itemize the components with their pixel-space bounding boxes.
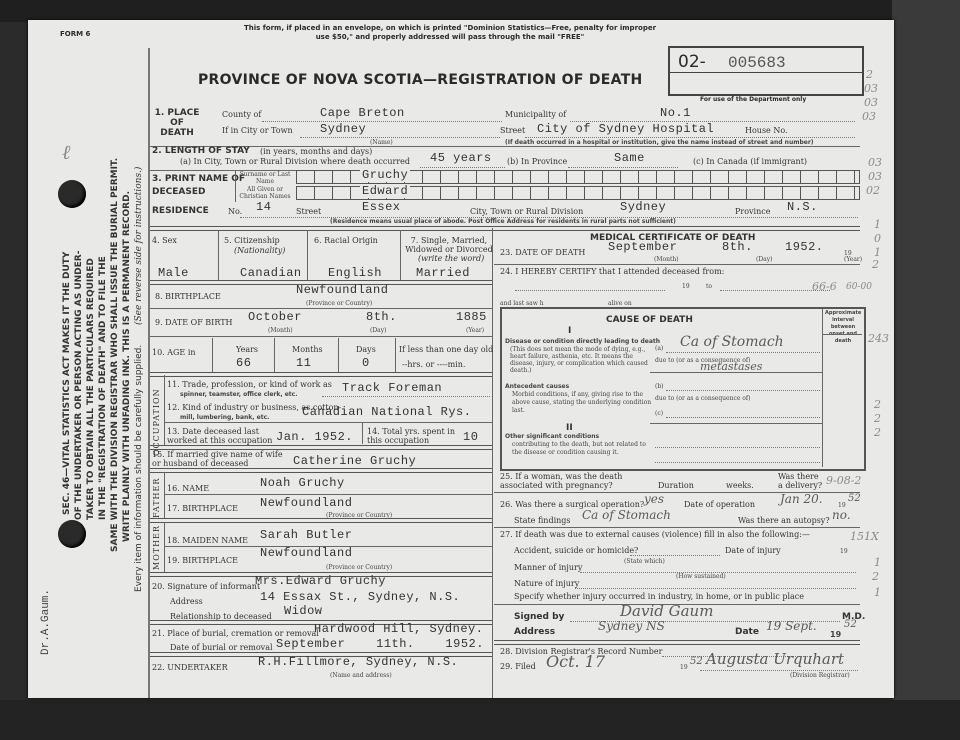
department-note: For use of the Department only (700, 96, 806, 103)
sidebar-notice-line-4: IN THE "REGISTRATION OF DEATH" AND TO FI… (98, 256, 108, 520)
divider (150, 336, 492, 337)
stay-canada-label: (c) In Canada (if immigrant) (693, 157, 807, 166)
undertaker-caption: (Name and address) (330, 672, 392, 679)
part-one-label: I (568, 326, 571, 336)
residence-city-label: City, Town or Rural Division (470, 207, 583, 216)
father-birthplace-label: 17. BIRTHPLACE (167, 504, 238, 513)
date-of-death-year: 1952. (785, 240, 824, 254)
punch-hole-bottom (58, 520, 86, 548)
date-of-death-label: 23. DATE OF DEATH (500, 248, 585, 257)
pencil-code: 1 (874, 218, 881, 231)
findings-value: Ca of Stomach (582, 508, 671, 522)
last-saw-label: and last saw h (500, 300, 544, 307)
pencil-code: 02 (866, 184, 880, 197)
citizenship-value: Canadian (240, 266, 302, 280)
pencil-code-delivery: 9-08-2 (826, 474, 861, 487)
other-conditions-label: Other significant conditions (505, 433, 599, 440)
antecedent-note: Morbid conditions, if any, giving rise t… (512, 391, 652, 415)
place-of-death-label: 1. PLACE OF DEATH (152, 108, 202, 138)
signed-by-label: Signed by (514, 612, 564, 622)
pregnancy-label: 25. If a woman, was the death associated… (500, 472, 660, 490)
filed-year: 52 (690, 656, 703, 667)
municipality-value: No.1 (660, 106, 691, 120)
divider (150, 308, 492, 309)
undertaker-value: R.H.Fillmore, Sydney, N.S. (258, 655, 458, 669)
residence-city: Sydney (620, 200, 666, 214)
pencil-code: 151X (850, 530, 879, 543)
sign-date-value: 19 Sept. (766, 619, 817, 633)
cause-b-label: (b) (655, 383, 664, 390)
mother-name: Sarah Butler (260, 528, 352, 542)
year-caption: (Year) (466, 327, 484, 334)
mother-birthplace-label: 19. BIRTHPLACE (167, 556, 238, 565)
pencil-code: 03 (868, 156, 882, 169)
sign-year-value: 52 (844, 619, 857, 630)
header-postal-note: This form, if placed in an envelope, on … (240, 24, 660, 42)
residence-street-label: Street (296, 207, 321, 216)
filed-date: Oct. 17 (546, 652, 605, 671)
sidebar-notice-line-2: OF THE UNDERTAKER OR PERSON ACTING AS UN… (74, 251, 84, 520)
age-years: 66 (236, 356, 251, 370)
informant-address-label: Address (170, 597, 203, 606)
pencil-code-extra: 60-00 (846, 282, 872, 292)
operation-date-value: Jan 20. (780, 492, 823, 506)
age-hours-minutes: --hrs. or ----min. (402, 360, 465, 369)
pencil-code: 243 (868, 332, 889, 345)
trade-label: 11. Trade, profession, or kind of work a… (167, 380, 332, 389)
mother-birthplace: Newfoundland (260, 546, 352, 560)
alive-on-label: alive on (608, 300, 632, 307)
length-of-stay-note: (in years, months and days) (260, 147, 372, 156)
residence-note: (Residence means usual place of abode. P… (330, 218, 676, 225)
last-worked-label: 13. Date deceased last worked at this oc… (167, 427, 277, 445)
divider (150, 226, 860, 231)
pencil-code: 03 (864, 82, 878, 95)
surgery-value: yes (644, 492, 664, 506)
residence-province-label: Province (735, 207, 770, 216)
sidebar-notice-line-5: SAME WITH THE DIVISION REGISTRAR WHO SHA… (110, 158, 120, 552)
father-birthplace: Newfoundland (260, 496, 352, 510)
header-note-line-1: This form, if placed in an envelope, on … (240, 24, 660, 33)
cause-of-death-title: CAUSE OF DEATH (606, 315, 693, 325)
divider (400, 230, 401, 280)
age-months: 11 (296, 356, 311, 370)
pencil-code: 2 (866, 68, 873, 81)
delivery-label: Was there a delivery? (778, 472, 824, 490)
sex-label: 4. Sex (152, 236, 177, 245)
city-line (300, 137, 500, 138)
trade-line (322, 396, 490, 397)
pencil-mark: ℓ (62, 140, 70, 165)
residence-province: N.S. (787, 200, 818, 214)
filed-label: 29. Filed (500, 662, 536, 671)
pencil-code: 2 (874, 412, 881, 425)
trade-value: Track Foreman (342, 381, 442, 395)
cause-c-line (666, 417, 820, 418)
certify-to-label: to (706, 283, 712, 290)
nature-line (575, 588, 856, 589)
divider (164, 494, 492, 495)
pencil-code-to: 66-6 (812, 280, 837, 293)
month-caption: (Month) (268, 327, 293, 334)
dob-label: 9. DATE OF BIRTH (155, 318, 233, 327)
given-names-label: All Given or Christian Names (238, 186, 292, 200)
spouse-label: 15. If married give name of wife or husb… (152, 450, 292, 468)
mother-name-label: 18. MAIDEN NAME (167, 536, 248, 545)
header-note-line-2: use $50," and properly addressed will pa… (240, 33, 660, 42)
mother-birthplace-caption: (Province or Country) (326, 564, 392, 571)
stay-city-value: 45 years (430, 151, 492, 165)
pencil-code: 2 (874, 398, 881, 411)
undertaker-label: 22. UNDERTAKER (152, 663, 228, 672)
trade-sub: spinner, teamster, office clerk, etc. (180, 391, 297, 398)
industry-sub: mill, lumbering, bank, etc. (180, 414, 269, 421)
county-label: County of (222, 110, 261, 119)
cause-a-line (666, 352, 820, 353)
divider (164, 472, 165, 518)
specify-injury-label: Specify whether injury occurred in indus… (514, 592, 804, 601)
city-label: If in City or Town (222, 126, 293, 135)
autopsy-label: Was there an autopsy? (738, 516, 830, 525)
margin-signature: Dr.A.Gaum. (40, 589, 52, 655)
division-registrar-signature: Augusta Urquhart (706, 650, 844, 668)
nature-label: Nature of injury (514, 579, 579, 588)
age-days: 0 (362, 356, 370, 370)
burial-date-label: Date of burial or removal (170, 643, 273, 652)
date-of-death-month: September (608, 240, 677, 254)
surname-value: Gruchy (360, 168, 410, 182)
divider (150, 518, 492, 523)
stay-city-line (420, 167, 505, 168)
direct-cause-note: (This does not mean the mode of dying, e… (510, 346, 650, 374)
form-number: FORM 6 (60, 30, 90, 38)
other-conditions-note: contributing to the death, but not relat… (512, 441, 652, 457)
age-less-than-day-label: If less than one day old (399, 345, 493, 354)
divider (494, 527, 860, 528)
burial-date: September 11th. 1952. (276, 637, 484, 651)
divider (150, 146, 860, 147)
divider (822, 334, 862, 335)
residence-label: RESIDENCE (152, 206, 209, 216)
stay-province-line (568, 167, 678, 168)
registrar-caption: (Division Registrar) (790, 672, 850, 679)
physician-address: Sydney NS (598, 619, 665, 633)
due-to-label-b: due to (or as a consequence of) (655, 395, 750, 402)
mother-section-label: MOTHER (152, 525, 161, 570)
father-section-label: FATHER (152, 478, 161, 518)
column-divider (492, 228, 493, 698)
other-line-1 (655, 447, 820, 448)
direct-cause-label: Disease or condition directly leading to… (505, 338, 660, 345)
cause-b-line (666, 390, 820, 391)
accident-label: Accident, suicide or homicide? (514, 546, 638, 555)
injury-date-label: Date of injury (725, 546, 781, 555)
total-years-value: 10 (463, 430, 478, 444)
dod-day-caption: (Day) (756, 256, 772, 263)
divider (218, 230, 219, 280)
operation-year-value: 52 (848, 493, 861, 504)
sex-value: Male (158, 266, 189, 280)
total-years-label: 14. Total yrs. spent in this occupation (367, 427, 467, 445)
industry-value: Canadian National Rys. (302, 405, 471, 419)
pencil-code: 1 (874, 586, 881, 599)
cause-c-label: (c) (655, 410, 663, 417)
external-causes-label: 27. If death was due to external causes … (500, 530, 810, 539)
cause-a-value: Ca of Stomach (680, 334, 784, 350)
house-no-label: House No. (745, 126, 788, 135)
divider (235, 170, 236, 202)
certify-label: 24. I HEREBY CERTIFY that I attended dec… (500, 267, 724, 276)
divider (212, 338, 213, 372)
stay-province-label: (b) In Province (507, 157, 567, 166)
informant-address: 14 Essax St., Sydney, N.S. (260, 590, 460, 604)
pencil-code: 03 (864, 96, 878, 109)
registration-prefix: 02- (678, 52, 706, 72)
day-caption: (Day) (370, 327, 386, 334)
divider (362, 422, 363, 444)
registration-number: 005683 (728, 54, 786, 72)
stay-city-label: (a) In City, Town or Rural Division wher… (180, 157, 410, 166)
certify-from-19: 19 (682, 283, 690, 290)
certify-from-line (515, 290, 665, 291)
stay-province-value: Same (614, 151, 645, 165)
pencil-code: 0 (874, 232, 881, 245)
age-days-label: Days (356, 345, 376, 354)
county-line (262, 121, 502, 122)
dob-year: 1885 (456, 310, 487, 324)
findings-label: State findings (514, 516, 571, 525)
age-years-label: Years (236, 345, 258, 354)
dod-month-caption: (Month) (654, 256, 679, 263)
surname-label: Surname or Last Name (238, 171, 292, 185)
divider (274, 338, 275, 372)
age-label: 10. AGE in (152, 348, 196, 357)
father-name-label: 16. NAME (167, 484, 209, 493)
divider (494, 640, 860, 645)
pencil-code: 2 (872, 570, 879, 583)
spouse-value: Catherine Gruchy (293, 454, 416, 468)
autopsy-value: no. (832, 508, 851, 522)
divider (164, 375, 165, 445)
residence-street: Essex (362, 200, 401, 214)
racial-origin-label: 6. Racial Origin (314, 236, 378, 245)
interval-column-divider (822, 309, 823, 467)
county-value: Cape Breton (320, 106, 405, 120)
scan-background-right (892, 0, 960, 740)
pencil-code: 03 (862, 110, 876, 123)
sidebar-notice-line-1: SEC. 46—VITAL STATISTICS ACT MAKES IT TH… (62, 252, 72, 515)
dob-day: 8th. (366, 310, 397, 324)
citizenship-label: 5. Citizenship (224, 236, 280, 245)
address-label: Address (514, 627, 555, 637)
street-label: Street (500, 126, 525, 135)
informant-label: 20. Signature of informant (152, 582, 260, 591)
accident-line (630, 555, 720, 556)
citizenship-sub: (Nationality) (234, 246, 285, 255)
birthplace-value: Newfoundland (296, 283, 388, 297)
divider (650, 423, 822, 424)
page-title: PROVINCE OF NOVA SCOTIA—REGISTRATION OF … (198, 72, 643, 88)
divider (150, 372, 492, 377)
age-months-label: Months (292, 345, 323, 354)
birthplace-caption: (Province or Country) (306, 300, 372, 307)
manner-label: Manner of injury (514, 563, 582, 572)
marital-status-sub: (write the word) (418, 254, 484, 263)
residence-no-label: No. (228, 207, 242, 216)
signed-by-value: David Gaum (620, 602, 713, 620)
informant-name: Mrs.Edward Gruchy (255, 574, 386, 588)
pencil-code: 2 (872, 258, 879, 271)
divider (395, 338, 396, 372)
pencil-code: 2 (874, 426, 881, 439)
other-line-2 (655, 462, 820, 463)
divider (150, 468, 492, 473)
pencil-code: 1 (874, 556, 881, 569)
given-names-value: Edward (360, 184, 410, 198)
relationship-value: Widow (284, 604, 323, 618)
operation-date-label: Date of operation (684, 500, 755, 509)
municipality-label: Municipality of (505, 110, 566, 119)
antecedent-label: Antecedent causes (505, 383, 569, 390)
sidebar-footer: Every item of information should be care… (134, 345, 144, 592)
hospital-note: (If death occurred in a hospital or inst… (505, 139, 814, 146)
sign-date-label: Date (735, 627, 759, 637)
residence-no: 14 (256, 200, 271, 214)
divider (164, 422, 492, 423)
box-divider (670, 72, 862, 73)
birthplace-label: 8. BIRTHPLACE (155, 292, 221, 301)
state-which-caption: (State which) (624, 558, 665, 565)
pencil-code: 03 (868, 170, 882, 183)
divider (164, 522, 165, 572)
part-two-label: II (566, 423, 573, 433)
duration-label: Duration (658, 481, 694, 490)
last-worked-value: Jan. 1952. (276, 430, 353, 444)
scan-background-top (0, 0, 960, 22)
injury-year-prefix: 19 (840, 548, 848, 555)
registration-number-box: 02- 005683 (668, 46, 864, 96)
interval-header: Approximate interval between onset and d… (825, 310, 861, 345)
burial-place: Hardwood Hill, Sydney. (314, 622, 483, 636)
divider (650, 372, 822, 373)
punch-hole-top (58, 180, 86, 208)
street-line (525, 137, 855, 138)
marital-status-label: 7. Single, Married, Widowed or Divorced (405, 236, 493, 254)
marital-status-value: Married (416, 266, 470, 280)
divider (338, 338, 339, 372)
dod-year-caption: (Year) (844, 256, 862, 263)
father-name: Noah Gruchy (260, 476, 345, 490)
dob-month: October (248, 310, 302, 324)
street-value: City of Sydney Hospital (537, 122, 714, 136)
how-sustained-caption: (How sustained) (676, 573, 726, 580)
filed-year-prefix: 19 (680, 664, 688, 671)
length-of-stay-label: 2. LENGTH OF STAY (152, 146, 250, 156)
sidebar-notice-line-3: TAKER TO OBTAIN ALL THE PARTICULARS REQU… (86, 258, 96, 520)
city-value: Sydney (320, 122, 366, 136)
cause-a-label: (a) (655, 345, 663, 352)
city-caption: (Name) (370, 139, 393, 146)
divider (494, 264, 860, 265)
sidebar-notice-line-6: WRITE PLAINLY WITH UNFADING INK. THIS IS… (122, 191, 132, 542)
scan-background-bottom (0, 700, 960, 740)
sidebar-footer-instructions: (See reverse side for instructions.) (134, 167, 144, 325)
sign-year-prefix: 19 (830, 630, 841, 639)
divider (307, 230, 308, 280)
registrar-line (700, 670, 858, 671)
racial-origin-value: English (328, 266, 382, 280)
weeks-label: weeks. (726, 481, 754, 490)
date-of-death-day: 8th. (722, 240, 753, 254)
